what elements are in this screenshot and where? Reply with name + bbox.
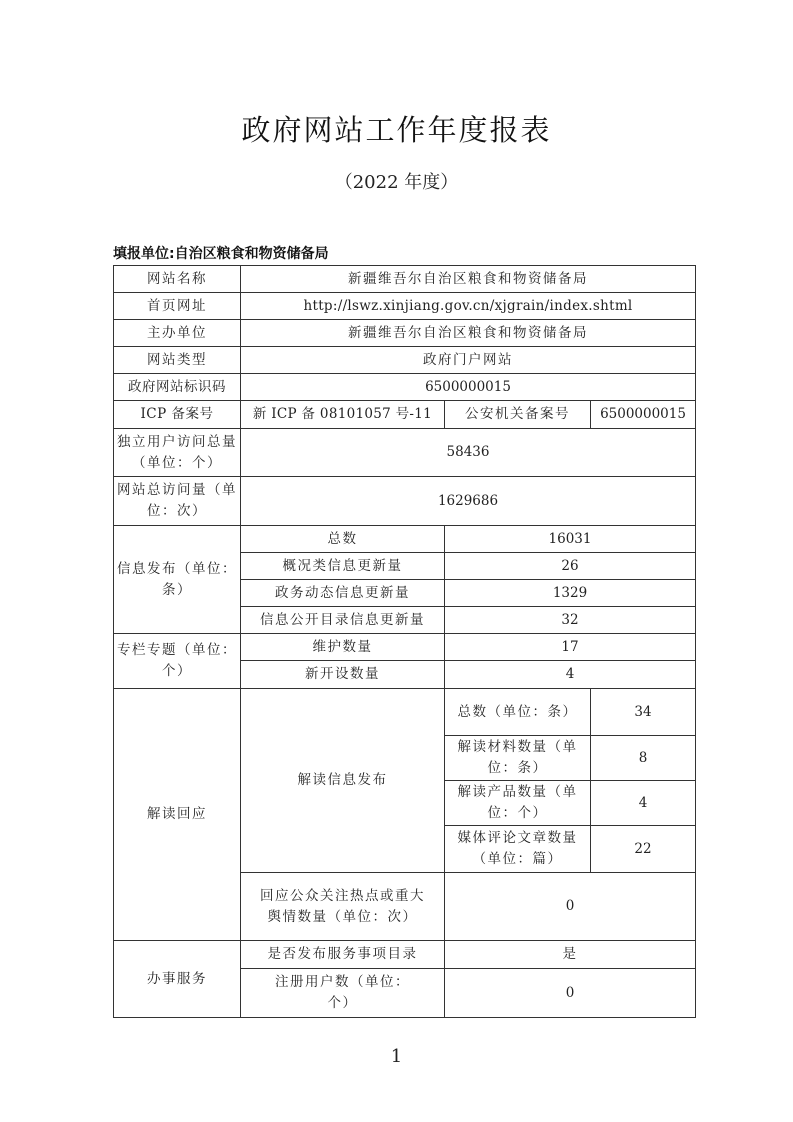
row-value: 32 — [445, 607, 696, 634]
homepage-url: http://lswz.xinjiang.gov.cn/xjgrain/inde… — [241, 293, 696, 320]
table-row: 网站总访问量（单位：次） 1629686 — [114, 477, 696, 526]
table-row: 信息发布（单位：条） 总数 16031 — [114, 526, 696, 553]
row-value: 22 — [591, 826, 696, 873]
row-value: 4 — [445, 661, 696, 689]
table-row: 首页网址 http://lswz.xinjiang.gov.cn/xjgrain… — [114, 293, 696, 320]
row-label: 新开设数量 — [241, 661, 445, 689]
row-value: 16031 — [445, 526, 696, 553]
row-label: 回应公众关注热点或重大舆情数量（单位：次） — [241, 873, 445, 941]
row-label: ICP 备案号 — [114, 401, 241, 429]
row-value: 26 — [445, 553, 696, 580]
row-label: 网站类型 — [114, 347, 241, 374]
page-title: 政府网站工作年度报表 — [0, 108, 793, 149]
sub-group-label: 解读信息发布 — [241, 689, 445, 873]
table-row: 解读回应 解读信息发布 总数（单位：条） 34 — [114, 689, 696, 736]
row-value: 4 — [591, 781, 696, 826]
row-value: 政府门户网站 — [241, 347, 696, 374]
group-label: 办事服务 — [114, 941, 241, 1018]
row-label: 网站名称 — [114, 266, 241, 293]
row-label: 总数（单位：条） — [445, 689, 591, 736]
row-label: 政府网站标识码 — [114, 374, 241, 401]
row-label: 维护数量 — [241, 634, 445, 661]
row-value: 34 — [591, 689, 696, 736]
row-label: 是否发布服务事项目录 — [241, 941, 445, 969]
table-row: ICP 备案号 新 ICP 备 08101057 号-11 公安机关备案号 65… — [114, 401, 696, 429]
row-value: 58436 — [241, 429, 696, 477]
row-label: 总数 — [241, 526, 445, 553]
table-row: 网站名称 新疆维吾尔自治区粮食和物资储备局 — [114, 266, 696, 293]
table-row: 独立用户访问总量（单位：个） 58436 — [114, 429, 696, 477]
icp-value: 新 ICP 备 08101057 号-11 — [241, 401, 445, 429]
row-label: 主办单位 — [114, 320, 241, 347]
table-row: 政府网站标识码 6500000015 — [114, 374, 696, 401]
row-value: 17 — [445, 634, 696, 661]
row-label: 首页网址 — [114, 293, 241, 320]
table-row: 主办单位 新疆维吾尔自治区粮食和物资储备局 — [114, 320, 696, 347]
row-label: 政务动态信息更新量 — [241, 580, 445, 607]
row-value: 1329 — [445, 580, 696, 607]
row-label: 解读产品数量（单位：个） — [445, 781, 591, 826]
row-label: 注册用户数（单位：个） — [241, 969, 445, 1018]
row-value: 是 — [445, 941, 696, 969]
police-value: 6500000015 — [591, 401, 696, 429]
row-label: 解读材料数量（单位：条） — [445, 736, 591, 781]
filler-unit: 填报单位:自治区粮食和物资储备局 — [113, 243, 329, 263]
report-year: （2022 年度） — [0, 168, 793, 194]
row-label: 媒体评论文章数量（单位：篇） — [445, 826, 591, 873]
row-value: 1629686 — [241, 477, 696, 526]
police-label: 公安机关备案号 — [445, 401, 591, 429]
table-row: 网站类型 政府门户网站 — [114, 347, 696, 374]
table-row: 办事服务 是否发布服务事项目录 是 — [114, 941, 696, 969]
table-row: 专栏专题（单位：个） 维护数量 17 — [114, 634, 696, 661]
row-label: 概况类信息更新量 — [241, 553, 445, 580]
row-label: 独立用户访问总量（单位：个） — [114, 429, 241, 477]
row-value: 0 — [445, 969, 696, 1018]
row-value: 6500000015 — [241, 374, 696, 401]
row-value: 新疆维吾尔自治区粮食和物资储备局 — [241, 266, 696, 293]
row-label: 信息公开目录信息更新量 — [241, 607, 445, 634]
row-value: 新疆维吾尔自治区粮食和物资储备局 — [241, 320, 696, 347]
row-label: 网站总访问量（单位：次） — [114, 477, 241, 526]
group-label: 信息发布（单位：条） — [114, 526, 241, 634]
report-table: 网站名称 新疆维吾尔自治区粮食和物资储备局 首页网址 http://lswz.x… — [113, 265, 696, 1018]
row-value: 8 — [591, 736, 696, 781]
page-number: 1 — [0, 1046, 793, 1067]
group-label: 解读回应 — [114, 689, 241, 941]
row-value: 0 — [445, 873, 696, 941]
group-label: 专栏专题（单位：个） — [114, 634, 241, 689]
